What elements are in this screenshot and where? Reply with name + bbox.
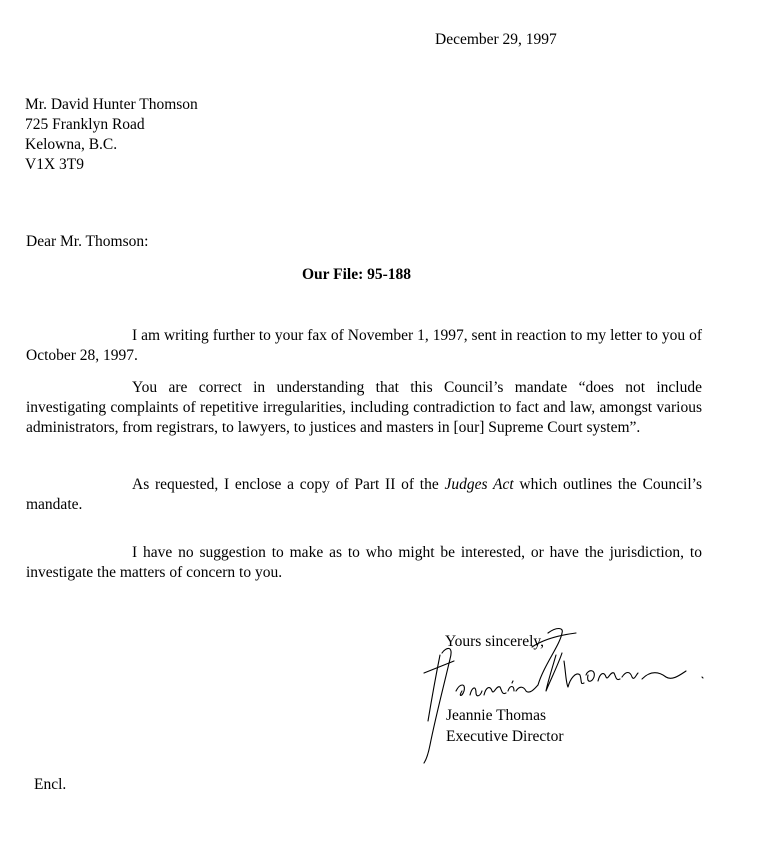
signer-title: Executive Director — [446, 728, 563, 746]
file-reference: Our File: 95-188 — [302, 266, 411, 284]
paragraph-1-text: I am writing further to your fax of Nove… — [26, 327, 702, 364]
paragraph-4-text: I have no suggestion to make as to who m… — [26, 544, 702, 581]
recipient-city: Kelowna, B.C. — [25, 135, 198, 155]
enclosure-note: Encl. — [34, 776, 66, 794]
recipient-postal-code: V1X 3T9 — [25, 155, 198, 175]
paragraph-2: You are correct in understanding that th… — [26, 378, 702, 438]
salutation: Dear Mr. Thomson: — [26, 233, 148, 251]
recipient-street: 725 Franklyn Road — [25, 115, 198, 135]
signer-name: Jeannie Thomas — [446, 707, 546, 725]
letter-date: December 29, 1997 — [435, 31, 557, 49]
paragraph-3: As requested, I enclose a copy of Part I… — [26, 475, 702, 515]
recipient-name: Mr. David Hunter Thomson — [25, 95, 198, 115]
paragraph-1: I am writing further to your fax of Nove… — [26, 326, 702, 366]
paragraph-3-text-before: As requested, I enclose a copy of Part I… — [132, 476, 444, 493]
recipient-address: Mr. David Hunter Thomson 725 Franklyn Ro… — [25, 95, 198, 175]
paragraph-2-text: You are correct in understanding that th… — [26, 379, 702, 436]
judges-act-title: Judges Act — [444, 476, 513, 493]
paragraph-4: I have no suggestion to make as to who m… — [26, 543, 702, 583]
